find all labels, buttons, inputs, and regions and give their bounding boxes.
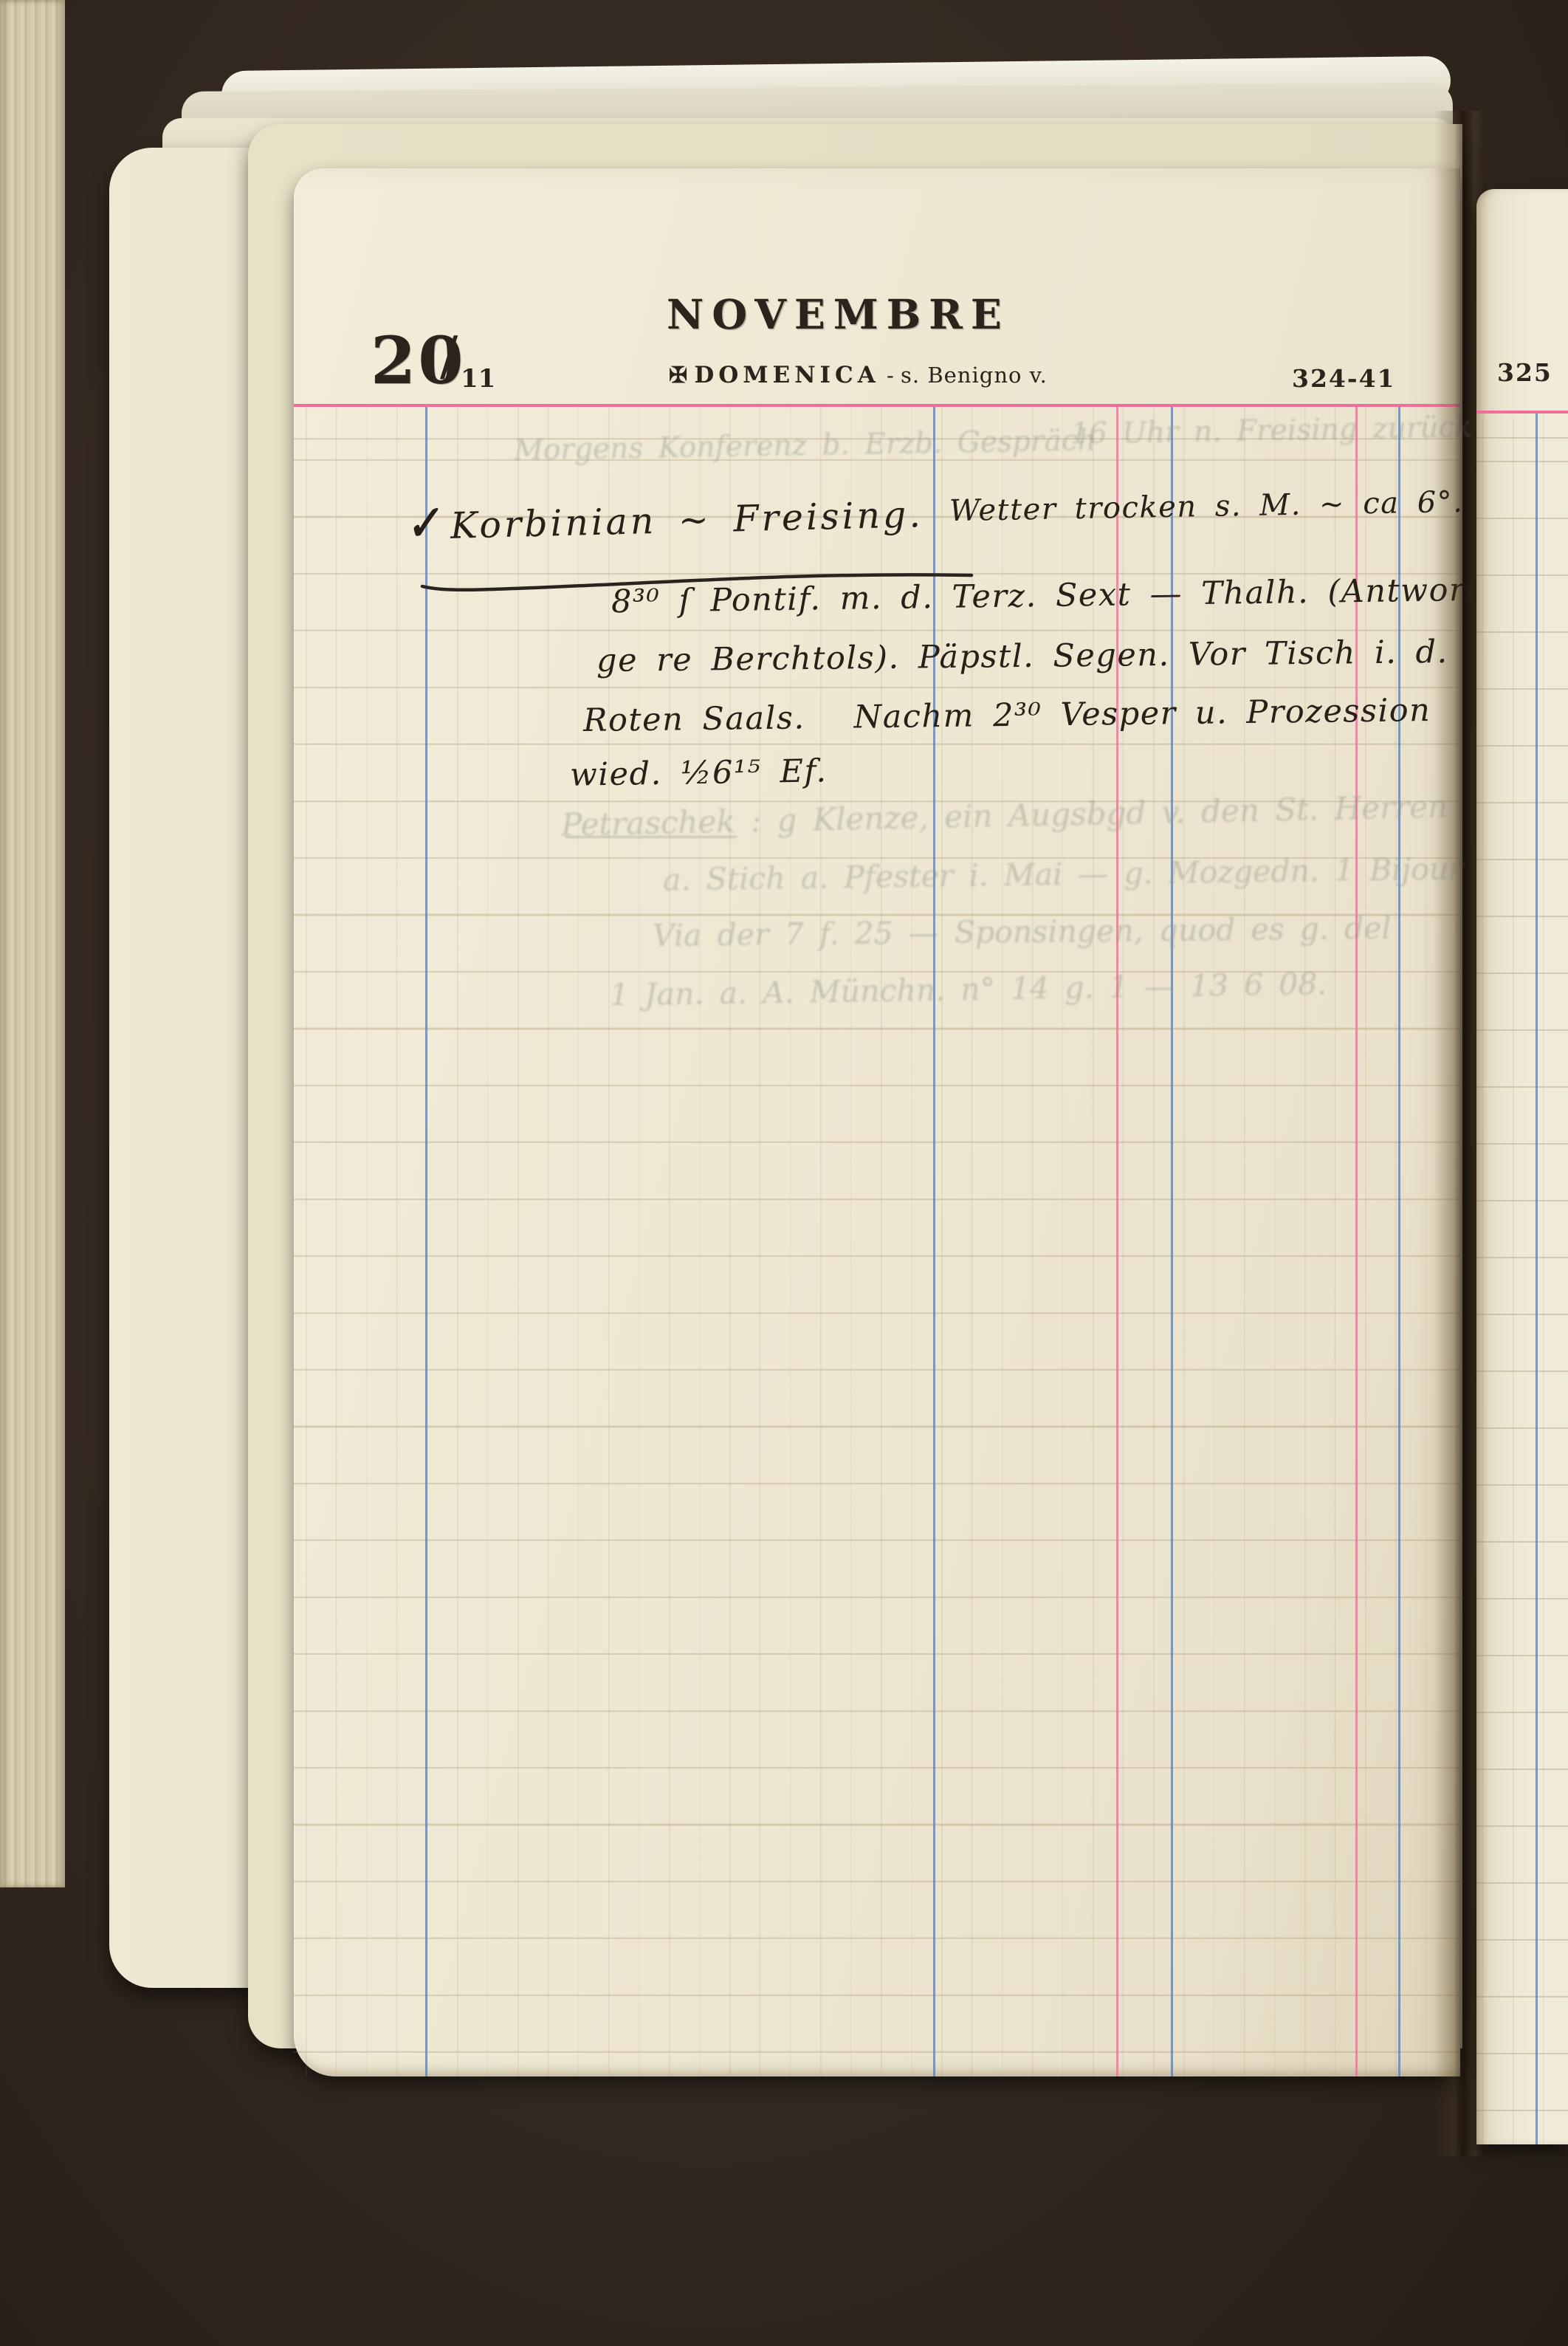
page-reference: 325	[1497, 360, 1552, 385]
month-number: 11	[461, 366, 495, 391]
weekday-separator: -	[880, 363, 901, 388]
ghost-underline	[565, 836, 737, 838]
entry-line-1: Wetter trocken s. M. ~ ca 6°.	[949, 487, 1464, 526]
diary-right-page: 325	[1476, 189, 1568, 2144]
page-reference: 324-41	[1292, 366, 1396, 391]
margin-blue-line	[425, 406, 427, 2076]
entry-line-3: ge re Berchtols). Päpstl. Segen. Vor Tis…	[596, 637, 1448, 677]
month-title: NOVEMBRE	[667, 294, 984, 335]
saint-of-day: s. Benigno v.	[901, 363, 1048, 388]
photo-background: 20 / 11 NOVEMBRE ✠ DOMENICA - s. Benigno…	[0, 0, 1568, 2346]
sheet-edges-band	[0, 0, 65, 1887]
header-pink-rule	[1476, 411, 1568, 414]
entry-line-5: wied. ½6¹⁵ Ef.	[570, 755, 828, 791]
check-mark: ✓	[401, 499, 444, 548]
diary-left-page: 20 / 11 NOVEMBRE ✠ DOMENICA - s. Benigno…	[294, 168, 1460, 2076]
entry-line-4a: Roten Saals.	[583, 699, 805, 739]
entry-line-4-gap	[805, 728, 854, 729]
weekday-line: ✠ DOMENICA - s. Benigno v.	[669, 362, 1048, 389]
weekday-name: DOMENICA	[694, 362, 879, 388]
header-pink-rule	[294, 404, 1460, 407]
maltese-cross-icon: ✠	[669, 363, 687, 388]
page-grid-ruling	[1476, 415, 1568, 2144]
margin-blue-line	[1536, 414, 1538, 2144]
ghost-line: 16 Uhr n. Freising zurück	[1070, 413, 1473, 448]
ghost-line: Via der 7 f. 25 — Sponsingen, quod es g.…	[653, 913, 1392, 951]
entry-title: Korbinian ~ Freising.	[450, 496, 924, 544]
entry-line-4b: Nachm 2³⁰ Vesper u. Prozession	[853, 692, 1431, 736]
day-slash: /	[440, 329, 458, 383]
